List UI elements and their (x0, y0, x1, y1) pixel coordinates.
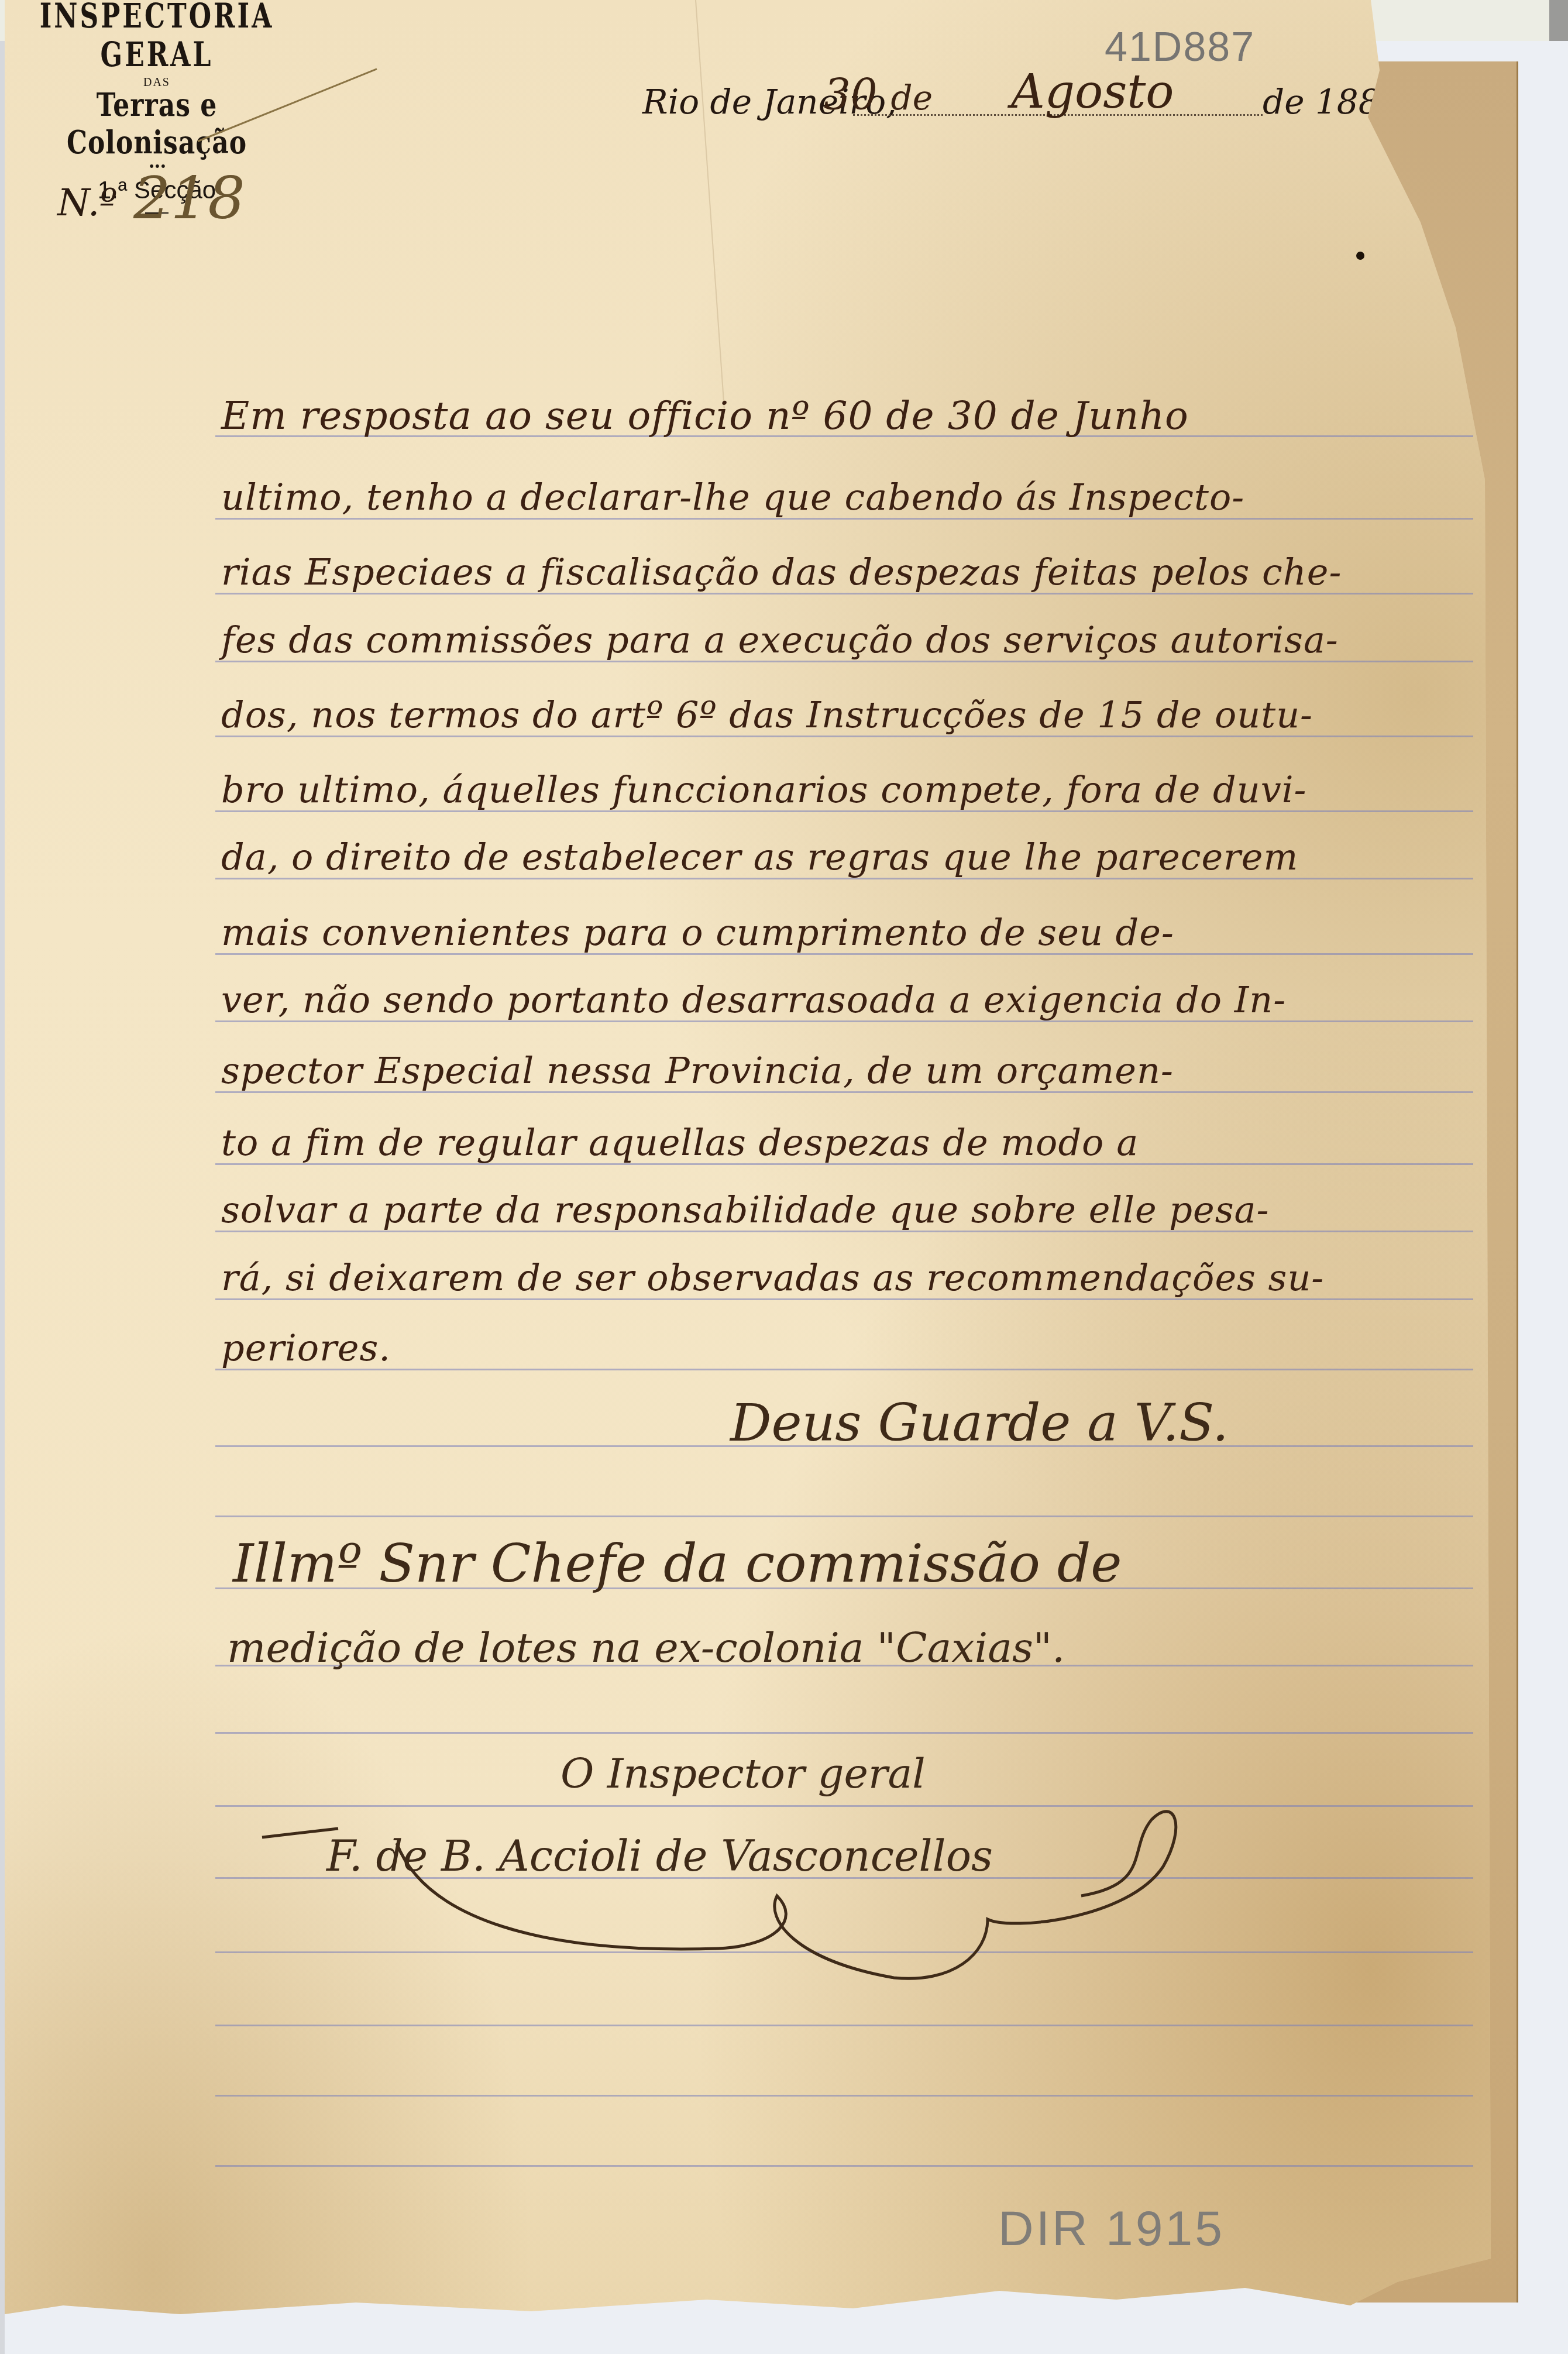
document-number: 218 (133, 164, 245, 232)
body-line: solvar a parte da responsabilidade que s… (221, 1188, 1269, 1231)
body-line: ver, não sendo portanto desarrasoada a e… (221, 978, 1286, 1021)
body-line: fes das commissões para a execução dos s… (221, 618, 1339, 661)
body-line: spector Especial nessa Provincia, de um … (221, 1049, 1174, 1092)
date-year: de 188 (1263, 82, 1380, 122)
body-line: to a fim de regular aquellas despezas de… (221, 1121, 1139, 1164)
addressee-line-2: medição de lotes na ex-colonia "Caxias". (227, 1624, 1065, 1672)
addressee-line-1: Illmº Snr Chefe da commissão de (233, 1533, 1122, 1594)
closing-salutation: Deus Guarde a V.S. (730, 1393, 1229, 1453)
ruled-line (215, 1732, 1473, 1734)
ruled-line (215, 2095, 1473, 2097)
body-line: periores. (221, 1327, 391, 1369)
ruled-line (215, 2165, 1473, 2167)
paper-fold (695, 0, 725, 408)
body-line: Em resposta ao seu officio nº 60 de 30 d… (221, 393, 1189, 438)
archive-reference: 41D887 (1105, 23, 1255, 70)
ruled-line (215, 1369, 1473, 1370)
body-line: da, o direito de estabelecer as regras q… (221, 836, 1298, 878)
scan-backdrop-edge (1549, 0, 1568, 41)
archive-stamp: DIR 1915 (998, 2200, 1225, 2257)
date-month: Agosto (1011, 64, 1174, 119)
ink-spot (1356, 252, 1364, 260)
body-line: rá, si deixarem de ser observadas as rec… (221, 1256, 1324, 1299)
date-day: 30 de (824, 70, 933, 119)
letterhead-department: Terras e Colonisação (16, 87, 297, 161)
document-number-label: N.º (57, 181, 117, 225)
signer-title: O Inspector geral (561, 1750, 926, 1798)
body-line: dos, nos termos do artº 6º das Instrucçõ… (221, 693, 1313, 736)
body-line: mais convenientes para o cumprimento de … (221, 911, 1174, 954)
body-line: rias Especiaes a fiscalisação das despez… (221, 551, 1342, 593)
letterhead-title: INSPECTORIA GERAL (16, 0, 297, 74)
letter-sheet: INSPECTORIA GERAL DAS Terras e Colonisaç… (5, 0, 1491, 2317)
body-line: ultimo, tenho a declarar-lhe que cabendo… (221, 476, 1244, 518)
scan-backdrop-left (0, 41, 5, 2354)
ruled-line (215, 1516, 1473, 1517)
signature-flourish-icon (250, 1802, 1333, 1989)
body-line: bro ultimo, áquelles funccionarios compe… (221, 768, 1307, 811)
ruled-line (215, 2025, 1473, 2026)
